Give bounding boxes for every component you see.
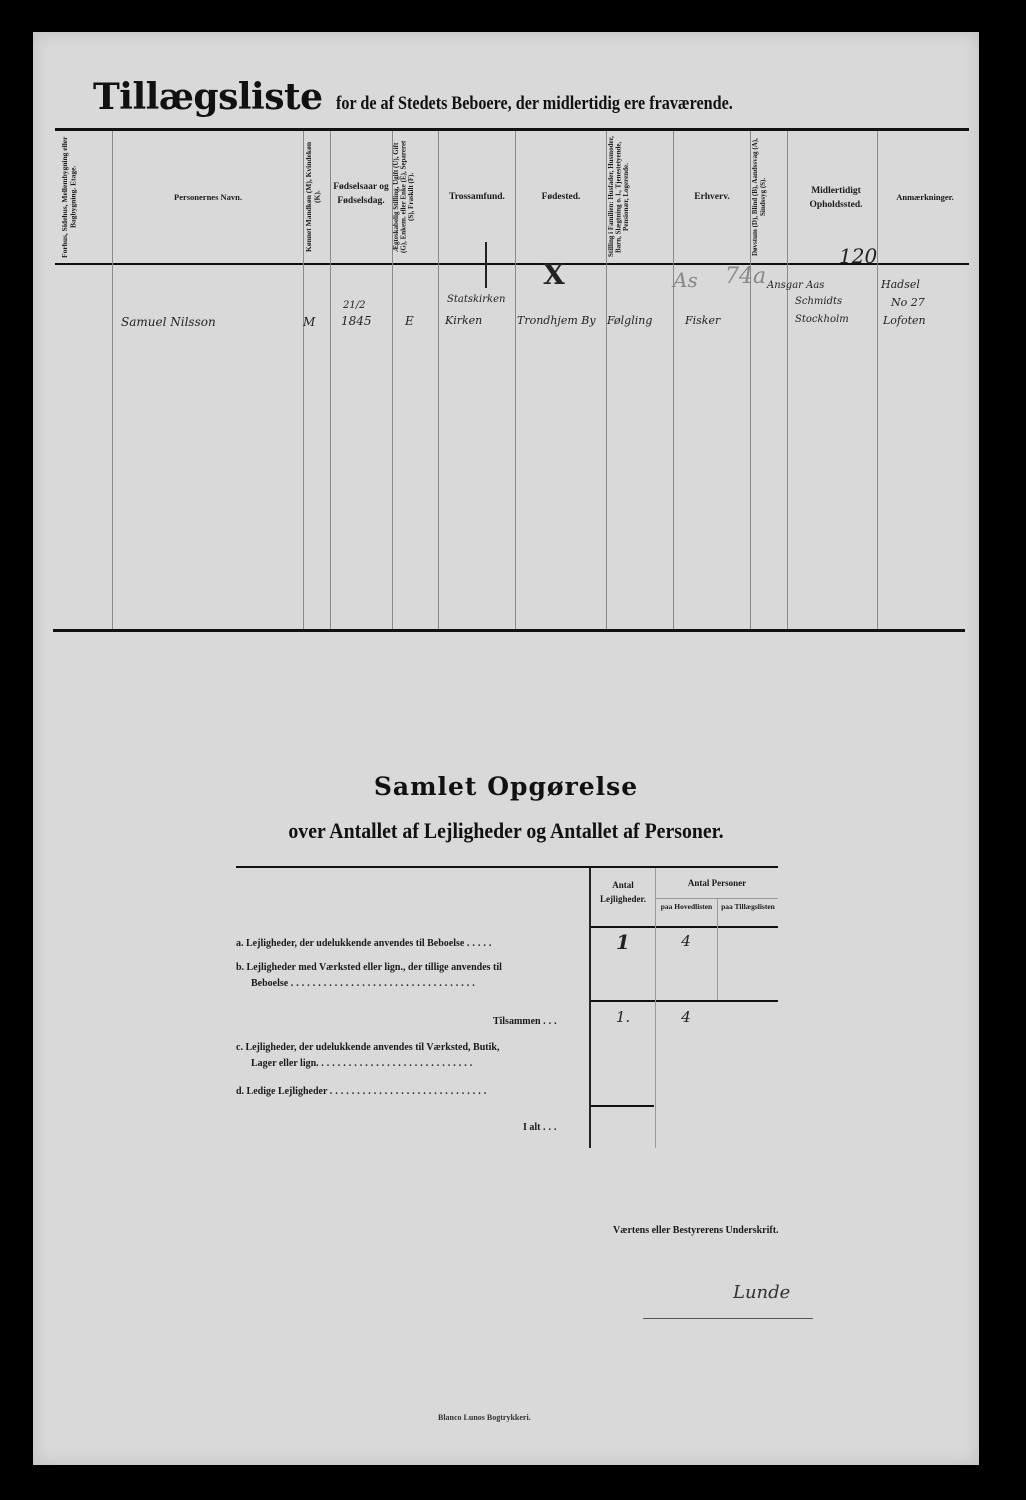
cell-temp-residence-line3: Stockholm bbox=[795, 314, 849, 325]
summary-row-c: c. Lejligheder, der udelukkende anvendes… bbox=[236, 1040, 499, 1055]
summary-col-divider bbox=[717, 898, 718, 1000]
header-remarks: Anmærkninger. bbox=[879, 192, 971, 203]
summary-total-apartments: 1. bbox=[595, 1008, 651, 1026]
form-title-main: Tillægsliste bbox=[93, 76, 323, 118]
table-top-rule bbox=[55, 128, 969, 131]
col-divider bbox=[515, 131, 516, 629]
summary-header-supplement-list: paa Tillægslisten bbox=[718, 902, 778, 911]
summary-header-main-list: paa Hovedlisten bbox=[656, 902, 717, 911]
summary-top-rule bbox=[236, 866, 778, 868]
header-religion: Trossamfund. bbox=[439, 192, 515, 203]
cell-temp-residence-line1: Ansgar Aas bbox=[767, 280, 824, 291]
summary-row-a: a. Lejligheder, der udelukkende anvendes… bbox=[236, 936, 494, 951]
table-header-rule bbox=[55, 263, 969, 265]
signature-line bbox=[643, 1318, 813, 1319]
table-bottom-rule bbox=[53, 629, 965, 632]
summary-header-rule bbox=[590, 926, 778, 928]
header-building: Forhus, Sidehus, Mellembygning eller Bag… bbox=[61, 136, 107, 258]
birthplace-x-mark: X bbox=[543, 258, 565, 291]
summary-row-b: b. Lejligheder med Værksted eller lign.,… bbox=[236, 960, 502, 975]
header-temp-residence: Midlertidigt Opholdssted. bbox=[795, 184, 877, 212]
summary-row-all: I alt ... bbox=[523, 1120, 560, 1135]
form-title-emphasis: fraværende. bbox=[649, 93, 733, 114]
header-disability: Døvstum (D), Blind (B), Aandssvag (A), S… bbox=[751, 132, 786, 262]
summary-subtotal-rule bbox=[590, 1000, 778, 1002]
cell-temp-residence-line2: Schmidts bbox=[795, 296, 842, 307]
cell-name: Samuel Nilsson bbox=[121, 315, 216, 329]
col-divider bbox=[877, 131, 878, 629]
summary-row-b-cont: Beboelse ...............................… bbox=[251, 976, 478, 991]
col-divider bbox=[112, 131, 113, 629]
summary-subtitle: over Antallet af Lejligheder og Antallet… bbox=[80, 818, 931, 844]
summary-title: Samlet Opgørelse bbox=[33, 772, 979, 801]
temp-residence-mark: 120 bbox=[839, 244, 877, 268]
form-title-rest: for de af Stedets Beboere, der midlertid… bbox=[336, 93, 733, 115]
col-divider bbox=[787, 131, 788, 629]
cell-birthplace: Trondhjem By bbox=[517, 314, 596, 327]
summary-a-main: 4 bbox=[657, 932, 715, 950]
header-birthplace: Fødested. bbox=[516, 192, 606, 203]
cell-remarks-line3: Lofoten bbox=[883, 314, 926, 327]
header-family-position: Stilling i Familien: Husfader, Husmoder,… bbox=[608, 136, 672, 258]
printer-imprint: Blanco Lunos Bogtrykkeri. bbox=[438, 1413, 531, 1422]
header-name: Personernes Navn. bbox=[113, 192, 303, 203]
summary-header-apartments: Antal Lejligheder. bbox=[591, 878, 655, 906]
cell-marital: E bbox=[405, 314, 414, 328]
summary-left-border bbox=[589, 868, 591, 1148]
cell-religion-line2: Kirken bbox=[445, 314, 482, 327]
summary-header-persons: Antal Personer bbox=[656, 878, 778, 888]
family-mark: As bbox=[673, 268, 698, 292]
signature-label: Værtens eller Bestyrerens Underskrift. bbox=[613, 1225, 779, 1236]
cell-remarks-line2: No 27 bbox=[891, 296, 925, 309]
summary-row-c-cont: Lager eller lign. ......................… bbox=[251, 1056, 475, 1071]
header-birth: Fødselsaar og Fødselsdag. bbox=[331, 180, 391, 208]
header-sex: Kønnet Mandkøn (M), Kvindekøn (K). bbox=[305, 136, 329, 258]
summary-total-main: 4 bbox=[657, 1008, 715, 1026]
signature-value: Lunde bbox=[733, 1282, 790, 1303]
header-occupation: Erhverv. bbox=[674, 192, 750, 203]
col-divider bbox=[438, 131, 439, 629]
cell-religion-line1: Statskirken bbox=[447, 294, 505, 305]
summary-persons-rule bbox=[656, 898, 778, 899]
cell-birth-date: 21/2 bbox=[343, 300, 365, 311]
occupation-mark: 74a bbox=[725, 264, 766, 289]
cell-sex: M bbox=[303, 315, 315, 329]
summary-lower-rule bbox=[590, 1105, 654, 1107]
summary-row-d: d. Ledige Lejligheder ..................… bbox=[236, 1084, 489, 1099]
cell-occupation: Fisker bbox=[685, 314, 720, 327]
religion-tick-mark bbox=[485, 242, 487, 288]
census-form-page: Tillægsliste for de af Stedets Beboere, … bbox=[33, 32, 979, 1465]
cell-birth-year: 1845 bbox=[341, 314, 372, 328]
form-title: Tillægsliste for de af Stedets Beboere, … bbox=[93, 76, 953, 118]
cell-remarks-line1: Hadsel bbox=[881, 278, 920, 291]
summary-a-apartments: 1 bbox=[595, 930, 651, 954]
summary-row-total: Tilsammen ... bbox=[493, 1014, 560, 1029]
col-divider bbox=[673, 131, 674, 629]
cell-family-position: Følgling bbox=[607, 314, 652, 327]
header-marital: Ægteskabelig Stilling, Ugift (U), Gift (… bbox=[393, 136, 437, 258]
